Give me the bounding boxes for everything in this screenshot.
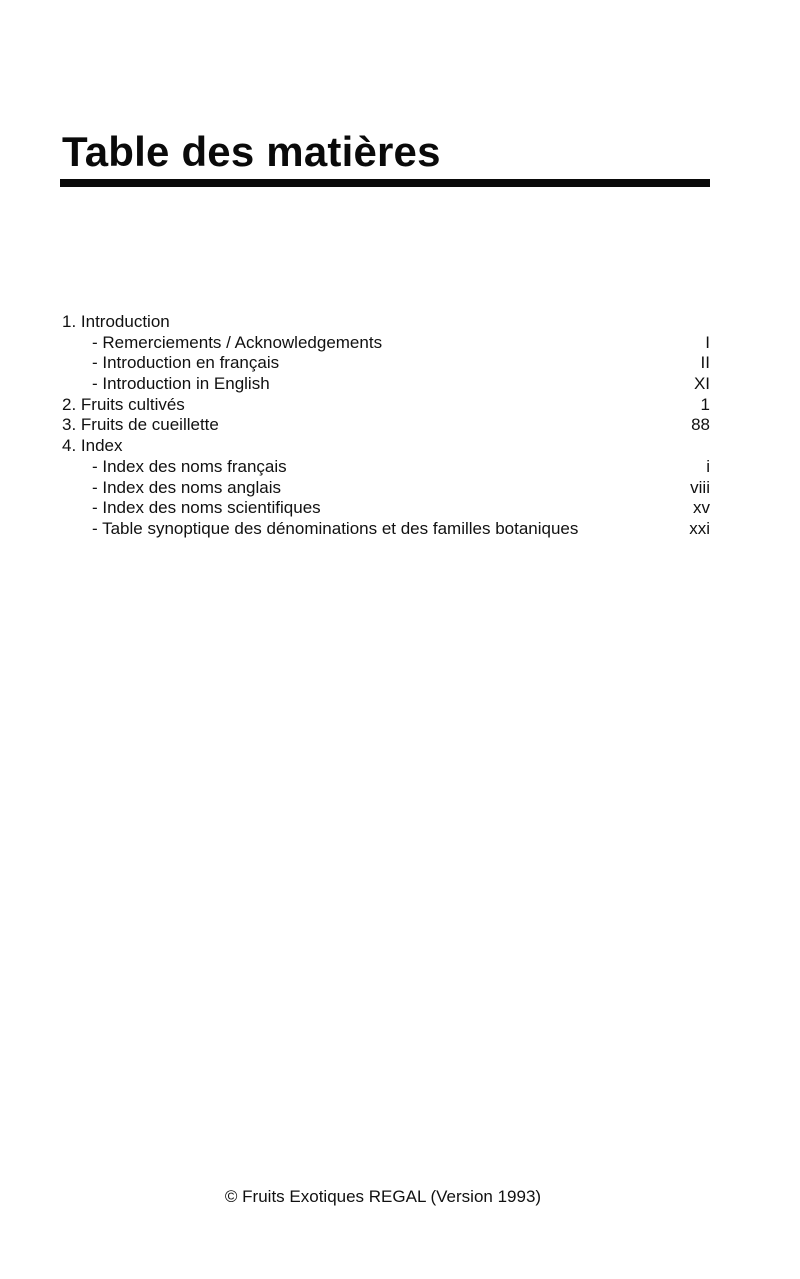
toc-entry-label: - Index des noms scientifiques <box>92 498 321 519</box>
toc-entry: 3. Fruits de cueillette 88 <box>62 415 710 436</box>
toc-entry: - Remerciements / Acknowledgements I <box>62 333 710 354</box>
title-underline-rule <box>60 179 710 187</box>
copyright-footer: © Fruits Exotiques REGAL (Version 1993) <box>0 1187 766 1207</box>
toc-entry: - Index des noms scientifiques xv <box>62 498 710 519</box>
toc-entry-page: 1 <box>701 395 710 416</box>
toc-entry-page: II <box>701 353 710 374</box>
toc-entry: 2. Fruits cultivés 1 <box>62 395 710 416</box>
toc-entry-label: - Index des noms anglais <box>92 478 281 499</box>
toc-entry-page: I <box>705 333 710 354</box>
toc-entry-page: i <box>706 457 710 478</box>
toc-entry-label: 4. Index <box>62 436 123 457</box>
toc-entry: 4. Index <box>62 436 710 457</box>
toc-entry-page: viii <box>690 478 710 499</box>
page-title: Table des matières <box>62 126 441 178</box>
toc-entry: - Index des noms anglais viii <box>62 478 710 499</box>
toc-entry: - Introduction in English XI <box>62 374 710 395</box>
toc-entry-page: 88 <box>691 415 710 436</box>
toc-entry-label: 2. Fruits cultivés <box>62 395 185 416</box>
toc-entry-page: xxi <box>689 519 710 540</box>
toc-entry-page: XI <box>694 374 710 395</box>
toc-entry-label: - Remerciements / Acknowledgements <box>92 333 382 354</box>
toc-entry: - Introduction en français II <box>62 353 710 374</box>
toc-entry-page: xv <box>693 498 710 519</box>
toc-entry-label: - Table synoptique des dénominations et … <box>92 519 578 540</box>
toc-entry-label: - Index des noms français <box>92 457 287 478</box>
toc-entry-label: - Introduction en français <box>92 353 279 374</box>
table-of-contents: 1. Introduction - Remerciements / Acknow… <box>62 312 710 540</box>
toc-entry: - Index des noms français i <box>62 457 710 478</box>
toc-entry-label: - Introduction in English <box>92 374 270 395</box>
toc-entry-label: 3. Fruits de cueillette <box>62 415 219 436</box>
toc-entry-label: 1. Introduction <box>62 312 170 333</box>
toc-entry: 1. Introduction <box>62 312 710 333</box>
toc-entry: - Table synoptique des dénominations et … <box>62 519 710 540</box>
